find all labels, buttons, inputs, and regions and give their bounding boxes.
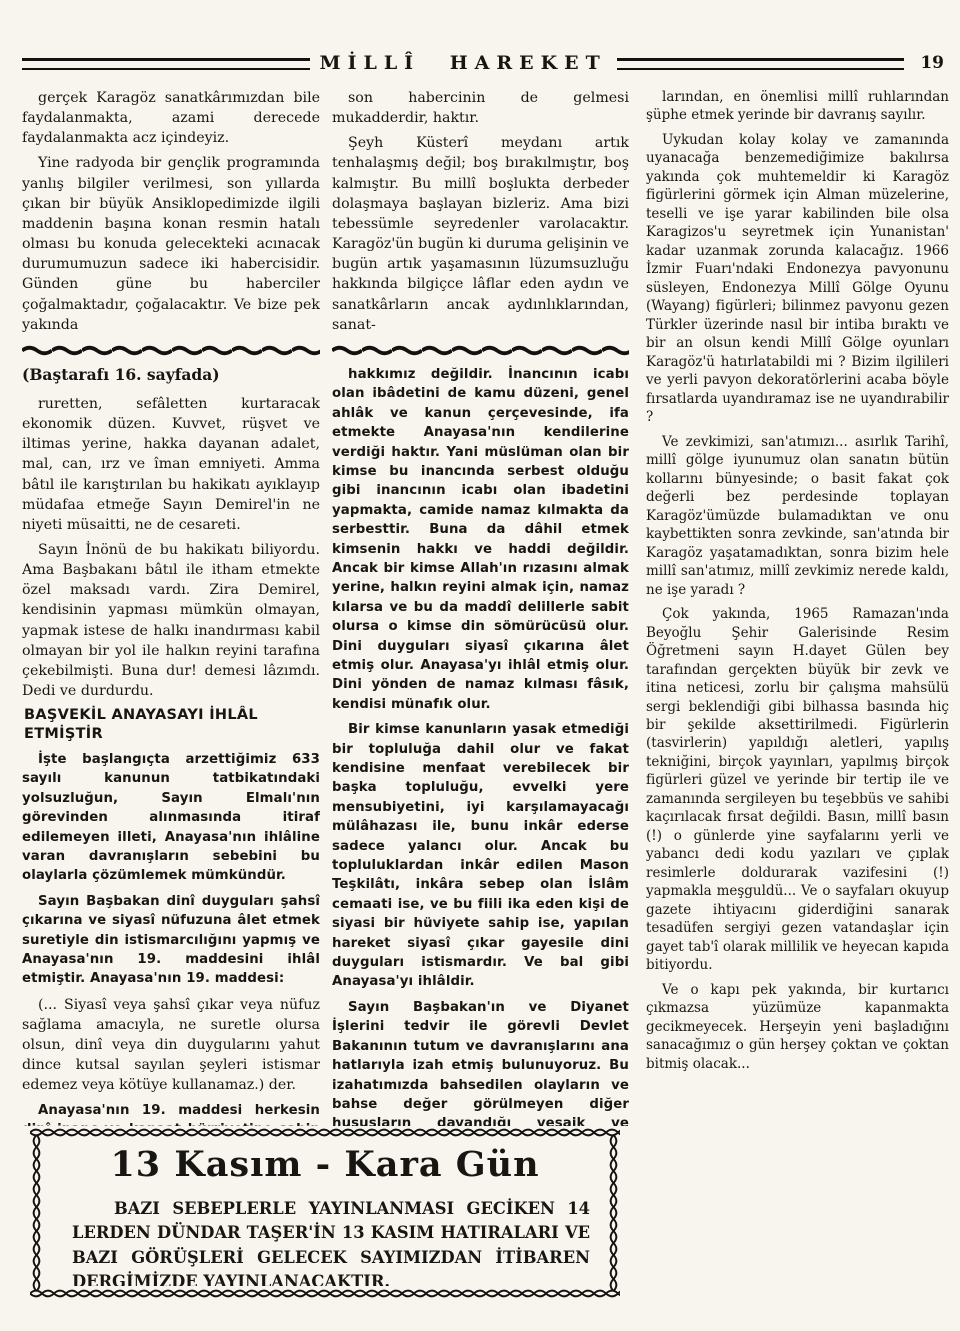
paragraph: Çok yakında, 1965 Ramazan'ında Beyoğlu Ş…	[646, 605, 949, 975]
right-column: larından, en önemlisi millî ruhlarından …	[646, 88, 949, 1278]
paragraph: Sayın İnönü de bu hakikatı biliyordu. Am…	[22, 540, 320, 701]
announcement-box: 13 Kasım - Kara Gün BAZI SEBEPLERLE YAYI…	[30, 1126, 620, 1300]
masthead-rule-right	[617, 58, 905, 70]
masthead-rule-left	[22, 58, 310, 70]
paragraph: Ve zevkimizi, san'atımızı... asırlık Tar…	[646, 433, 949, 599]
wavy-divider	[22, 344, 320, 357]
rope-border-left	[30, 1135, 43, 1291]
article-heading: BAŞVEKİL ANAYASAYI İHLÂL ETMİŞTİR	[24, 706, 320, 744]
paragraph: Ve o kapı pek yakında, bir kurtarıcı çık…	[646, 981, 949, 1073]
left-column: gerçek Karagöz sanatkârımızdan bile fayd…	[22, 88, 320, 1126]
paragraph: Yine radyoda bir gençlik programında yan…	[22, 153, 320, 334]
masthead: MİLLÎ HAREKET 19	[22, 52, 944, 74]
magazine-page: MİLLÎ HAREKET 19 gerçek Karagöz sanatkâr…	[0, 0, 960, 1331]
masthead-title: MİLLÎ HAREKET	[310, 52, 617, 74]
paragraph: son habercinin de gelmesi mukadderdir, h…	[332, 88, 629, 128]
paragraph-bold: Bir kimse kanunların yasak etmediği bir …	[332, 720, 629, 992]
continuation-note: (Baştarafı 16. sayfada)	[22, 365, 320, 384]
middle-column: son habercinin de gelmesi mukadderdir, h…	[332, 88, 629, 1126]
rope-border-top	[30, 1126, 620, 1139]
announcement-content: 13 Kasım - Kara Gün BAZI SEBEPLERLE YAYI…	[52, 1140, 598, 1286]
paragraph-bold: Anayasa'nın 19. maddesi herkesin dinî in…	[22, 1101, 320, 1126]
paragraph: larından, en önemlisi millî ruhlarından …	[646, 88, 949, 125]
paragraph-bold: Sayın Başbakan'ın ve Diyanet İşlerini te…	[332, 998, 629, 1126]
paragraph-bold: hakkımız değildir. İnancının icabı olan …	[332, 365, 629, 714]
announcement-title: 13 Kasım - Kara Gün	[52, 1144, 598, 1185]
paragraph: ruretten, sefâletten kurtaracak ekonomik…	[22, 394, 320, 535]
rope-border-right	[607, 1135, 620, 1291]
paragraph-bold: Sayın Başbakan dinî duyguları şahsî çıka…	[22, 892, 320, 989]
rope-border-bottom	[30, 1287, 620, 1300]
paragraph: Uykudan kolay kolay ve zamanında uyanaca…	[646, 131, 949, 427]
announcement-body: BAZI SEBEPLERLE YAYINLANMASI GECİKEN 14 …	[72, 1197, 590, 1286]
paragraph: (... Siyasî veya şahsî çıkar veya nüfuz …	[22, 995, 320, 1096]
page-number: 19	[920, 53, 944, 73]
paragraph: Şeyh Küsterî meydanı artık tenhalaşmış d…	[332, 133, 629, 335]
paragraph-bold: İşte başlangıçta arzettiğimiz 633 sayılı…	[22, 750, 320, 886]
paragraph: gerçek Karagöz sanatkârımızdan bile fayd…	[22, 88, 320, 148]
wavy-divider	[332, 344, 629, 357]
